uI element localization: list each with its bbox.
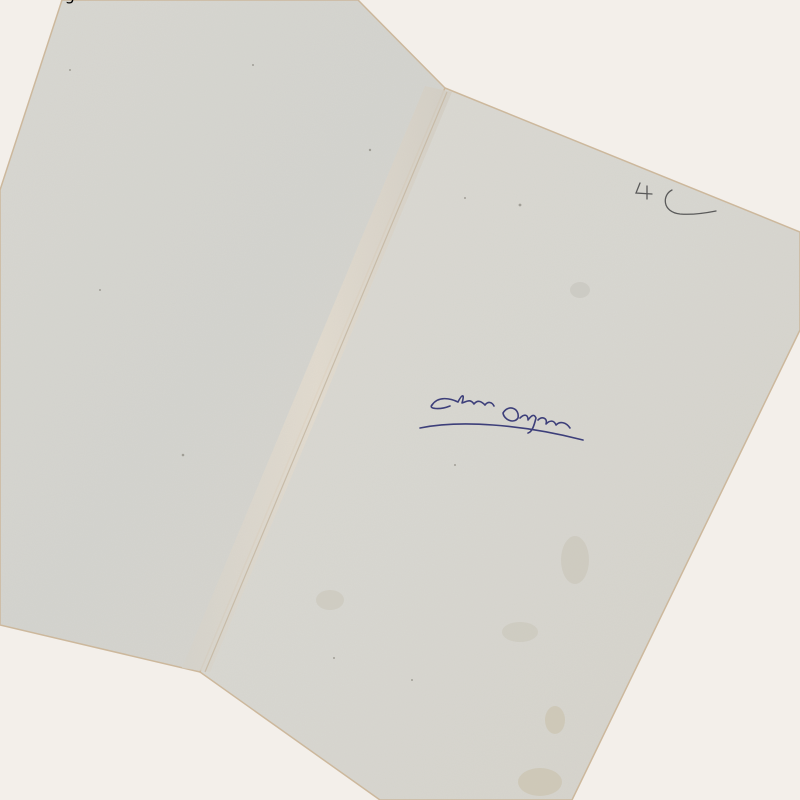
stain [545, 706, 565, 734]
stain [316, 590, 344, 610]
stain [561, 536, 589, 584]
paper-document: Lúia Delgado 4L [0, 0, 800, 800]
paper-texture [0, 0, 800, 800]
stain [570, 282, 590, 298]
stain [502, 622, 538, 642]
stain [518, 768, 562, 796]
pencil-note-text: 4L [0, 0, 19, 4]
photo-scene: Lúia Delgado 4L [0, 0, 800, 800]
